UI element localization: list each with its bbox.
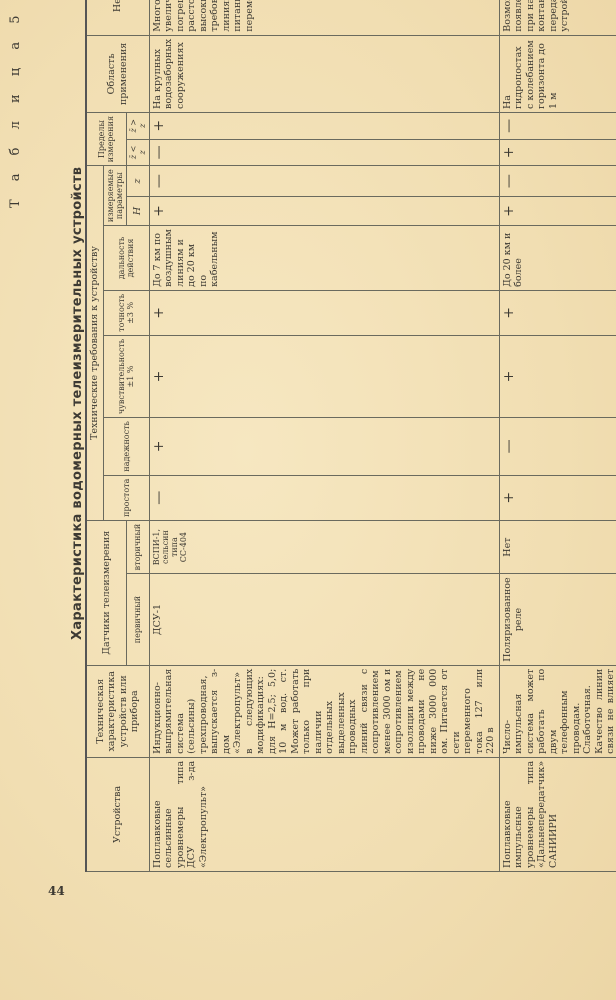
cell-sensor-primary: ДСУ-1 bbox=[149, 574, 499, 665]
cell-tech-char: Индукционно-выпрямительная система (сель… bbox=[149, 665, 499, 757]
cell-param-z: — bbox=[499, 166, 616, 197]
header-simplicity: простота bbox=[103, 475, 149, 520]
table-title: Характеристика водомерных телеизмеритель… bbox=[70, 167, 85, 640]
header-range: дальность действия bbox=[103, 226, 149, 291]
cell-sensor-primary: Поляризованное реле bbox=[499, 574, 616, 665]
cell-application: На гидропостах с колебанием горизонта до… bbox=[499, 35, 616, 112]
header-tech-char: Техническая характеристика устройств или… bbox=[86, 665, 149, 757]
cell-simplicity: + bbox=[499, 475, 616, 520]
cell-sensor-secondary: ВСПИ-1, сельсин типа СС-404 bbox=[149, 520, 499, 574]
cell-accuracy: + bbox=[149, 290, 499, 335]
cell-device: Поплавковые сельсинные уровнемеры типа Д… bbox=[149, 757, 499, 871]
header-limits: Пределы измерения bbox=[86, 113, 126, 166]
cell-drawbacks: Многопроводность; увеличение погрешности… bbox=[149, 0, 499, 35]
header-sensor-primary: первичный bbox=[126, 574, 149, 665]
header-measured-params: измеряемые параметры bbox=[103, 166, 126, 226]
cell-sensitivity: + bbox=[499, 335, 616, 417]
cell-param-h: + bbox=[149, 196, 499, 225]
cell-limit-lt: — bbox=[149, 139, 499, 166]
cell-param-h: + bbox=[499, 196, 616, 225]
header-sensitivity: чувствительность ±1 % bbox=[103, 335, 149, 417]
cell-sensitivity: + bbox=[149, 335, 499, 417]
header-tech-req: Технические требования к устройству bbox=[86, 166, 103, 521]
table-label: Т а б л и ц а 5 bbox=[8, 9, 23, 208]
cell-sensor-secondary: Нет bbox=[499, 520, 616, 574]
cell-device: Поплавковые импульсные уровнемеры типа «… bbox=[499, 757, 616, 871]
table-row: Поплавковые импульсные уровнемеры типа «… bbox=[499, 0, 616, 872]
cell-application: На крупных водозаборных сооружениях bbox=[149, 35, 499, 112]
cell-limit-gt: — bbox=[499, 113, 616, 140]
cell-drawbacks: Возможность появления ошибки при нарушен… bbox=[499, 0, 616, 35]
cell-param-z: — bbox=[149, 166, 499, 197]
header-param-z: z bbox=[126, 166, 149, 197]
header-limit-lt: z̄ < z bbox=[126, 139, 149, 166]
cell-tech-char: Число-импульсная система может работать … bbox=[499, 665, 616, 757]
table-row: Поплавковые сельсинные уровнемеры типа Д… bbox=[149, 0, 499, 872]
header-param-h: H bbox=[126, 196, 149, 225]
scanned-page: 44 Т а б л и ц а 5 Характеристика водоме… bbox=[0, 0, 616, 1000]
header-accuracy: точность ±3 % bbox=[103, 290, 149, 335]
cell-range: До 7 км по воздушным линиям и до 20 км п… bbox=[149, 226, 499, 291]
cell-reliability: — bbox=[499, 418, 616, 476]
cell-limit-lt: + bbox=[499, 139, 616, 166]
cell-range: До 20 км и более bbox=[499, 226, 616, 291]
header-sensor-secondary: вторичный bbox=[126, 520, 149, 574]
header-limit-gt: z̄ > z bbox=[126, 113, 149, 140]
cell-reliability: + bbox=[149, 418, 499, 476]
cell-simplicity: — bbox=[149, 475, 499, 520]
telemetry-devices-table: Устройства Техническая характеристика ус… bbox=[85, 0, 616, 872]
header-reliability: надежность bbox=[103, 418, 149, 476]
cell-limit-gt: + bbox=[149, 113, 499, 140]
header-drawbacks: Недостатки bbox=[86, 0, 149, 35]
header-sensors: Датчики телеизмерения bbox=[86, 520, 126, 665]
header-device: Устройства bbox=[86, 757, 149, 871]
rotated-table-sheet: Т а б л и ц а 5 Характеристика водомерны… bbox=[0, 0, 616, 1000]
cell-accuracy: + bbox=[499, 290, 616, 335]
header-application: Область применения bbox=[86, 35, 149, 112]
